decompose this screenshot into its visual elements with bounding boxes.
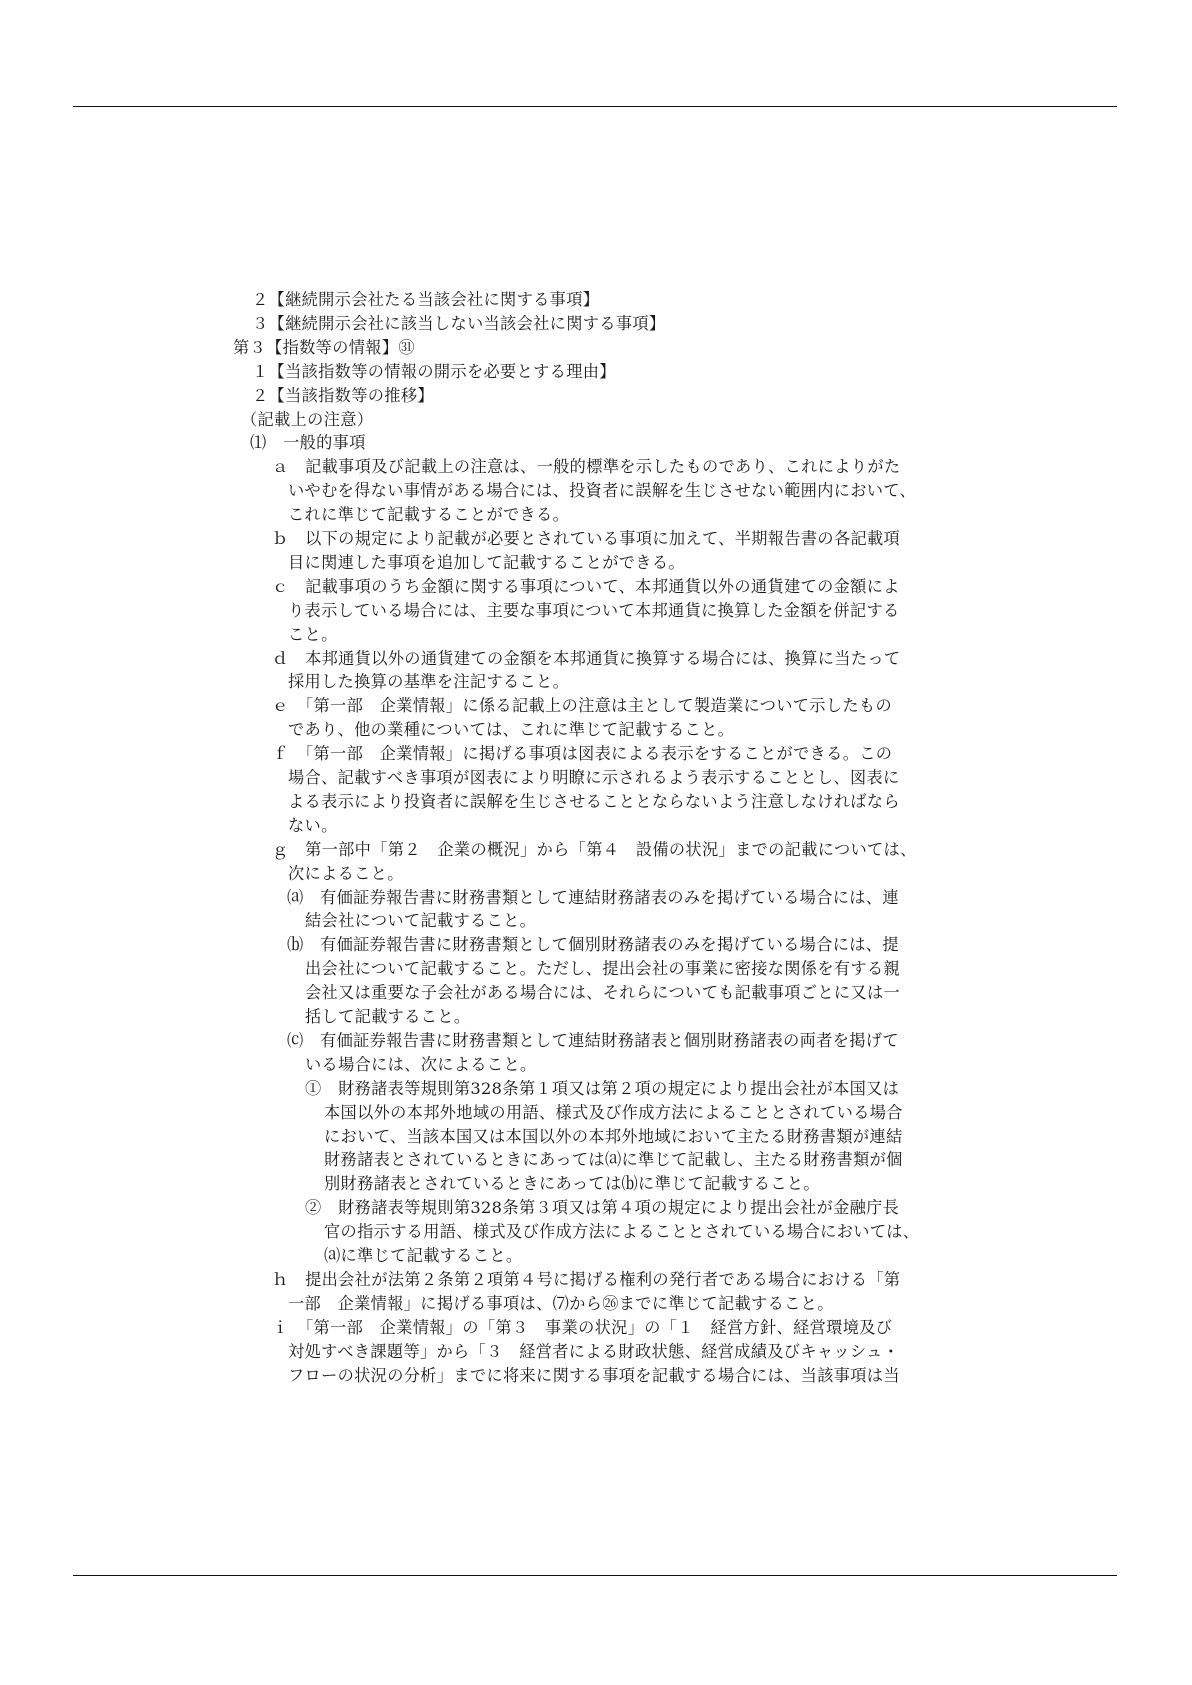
item-d: ｄ 本邦通貨以外の通貨建ての金額を本邦通貨に換算する場合には、換算に当たって <box>272 647 900 671</box>
item-f-cont: ない。 <box>288 814 338 838</box>
item-a-cont: これに準じて記載することができる。 <box>288 503 569 527</box>
item-c-cont: り表示している場合には、主要な事項について本邦通貨に換算した金額を併記する <box>288 599 900 623</box>
circled-item-2: ② 財務諸表等規則第328条第３項又は第４項の規定により提出会社が金融庁長 <box>305 1196 899 1220</box>
item-g: ｇ 第一部中「第２ 企業の概況」から「第４ 設備の状況」までの記載については、 <box>272 838 917 862</box>
item-b: ｂ 以下の規定により記載が必要とされている事項に加えて、半期報告書の各記載項 <box>272 527 900 551</box>
subitem-a: ⒜ 有価証券報告書に財務書類として連結財務諸表のみを掲げている場合には、連 <box>287 886 899 910</box>
heading-index-trend: ２【当該指数等の推移】 <box>252 384 434 408</box>
item-h-cont: 一部 企業情報」に掲げる事項は、⑺から㉖までに準じて記載すること。 <box>288 1292 834 1316</box>
heading-continuous-disclosure-company: ２【継続開示会社たる当該会社に関する事項】 <box>252 288 599 312</box>
item-h: ｈ 提出会社が法第２条第２項第４号に掲げる権利の発行者である場合における「第 <box>272 1268 900 1292</box>
item-a-cont: いやむを得ない事情がある場合には、投資者に誤解を生じさせない範囲内において、 <box>288 479 916 503</box>
circled-item-1-cont: 本国以外の本邦外地域の用語、様式及び作成方法によることとされている場合 <box>324 1101 903 1125</box>
item-a: ａ 記載事項及び記載上の注意は、一般的標準を示したものであり、これによりがた <box>272 455 900 479</box>
item-b-cont: 目に関連した事項を追加して記載することができる。 <box>288 551 685 575</box>
item-i-cont: フローの状況の分析」までに将来に関する事項を記載する場合には、当該事項は当 <box>288 1364 900 1388</box>
subitem-a-cont: 結会社について記載すること。 <box>305 909 536 933</box>
item-g-cont: 次によること。 <box>288 862 404 886</box>
item-e-cont: であり、他の業種については、これに準じて記載すること。 <box>288 718 734 742</box>
item-f-cont: 場合、記載すべき事項が図表により明瞭に示されるよう表示することとし、図表に <box>288 766 900 790</box>
item-c: ｃ 記載事項のうち金額に関する事項について、本邦通貨以外の通貨建ての金額によ <box>272 575 900 599</box>
header-rule <box>73 106 1117 107</box>
heading-index-information: 第３【指数等の情報】㉛ <box>233 336 415 360</box>
subitem-b: ⒝ 有価証券報告書に財務書類として個別財務諸表のみを掲げている場合には、提 <box>287 933 899 957</box>
circled-item-2-cont: 官の指示する用語、様式及び作成方法によることとされている場合においては、 <box>324 1220 919 1244</box>
subitem-b-cont: 会社又は重要な子会社がある場合には、それらについても記載事項ごとに又は一 <box>305 981 900 1005</box>
notes-title: （記載上の注意） <box>241 408 373 432</box>
item-i: ｉ 「第一部 企業情報」の「第３ 事業の状況」の「１ 経営方針、経営環境及び <box>272 1316 892 1340</box>
item-f-cont: よる表示により投資者に誤解を生じさせることとならないよう注意しなければなら <box>288 790 900 814</box>
item-c-cont: こと。 <box>288 623 338 647</box>
circled-item-1-cont: 別財務諸表とされているときにあっては⒝に準じて記載すること。 <box>324 1172 820 1196</box>
subitem-c: ⒞ 有価証券報告書に財務書類として連結財務諸表と個別財務諸表の両者を掲げて <box>287 1029 899 1053</box>
circled-item-1-cont: において、当該本国又は本国以外の本邦外地域において主たる財務書類が連結 <box>324 1125 903 1149</box>
subitem-b-cont: 括して記載すること。 <box>305 1005 470 1029</box>
item-f: ｆ 「第一部 企業情報」に掲げる事項は図表による表示をすることができる。この <box>272 742 892 766</box>
item-e: ｅ 「第一部 企業情報」に係る記載上の注意は主として製造業について示したもの <box>272 694 892 718</box>
item-d-cont: 採用した換算の基準を注記すること。 <box>288 670 569 694</box>
circled-item-2-cont: ⒜に準じて記載すること。 <box>324 1244 522 1268</box>
circled-item-1-cont: 財務諸表とされているときにあっては⒜に準じて記載し、主たる財務書類が個 <box>324 1148 903 1172</box>
circled-item-1: ① 財務諸表等規則第328条第１項又は第２項の規定により提出会社が本国又は <box>305 1077 899 1101</box>
subitem-c-cont: いる場合には、次によること。 <box>305 1053 537 1077</box>
subitem-b-cont: 出会社について記載すること。ただし、提出会社の事業に密接な関係を有する親 <box>305 957 900 981</box>
heading-non-continuous-disclosure-company: ３【継続開示会社に該当しない当該会社に関する事項】 <box>252 312 665 336</box>
item-i-cont: 対処すべき課題等」から「３ 経営者による財政状態、経営成績及びキャッシュ・ <box>288 1340 899 1364</box>
heading-reason-for-disclosure: １【当該指数等の情報の開示を必要とする理由】 <box>252 360 616 384</box>
section-general-matters: ⑴ 一般的事項 <box>250 431 366 455</box>
footer-rule <box>73 1575 1117 1576</box>
